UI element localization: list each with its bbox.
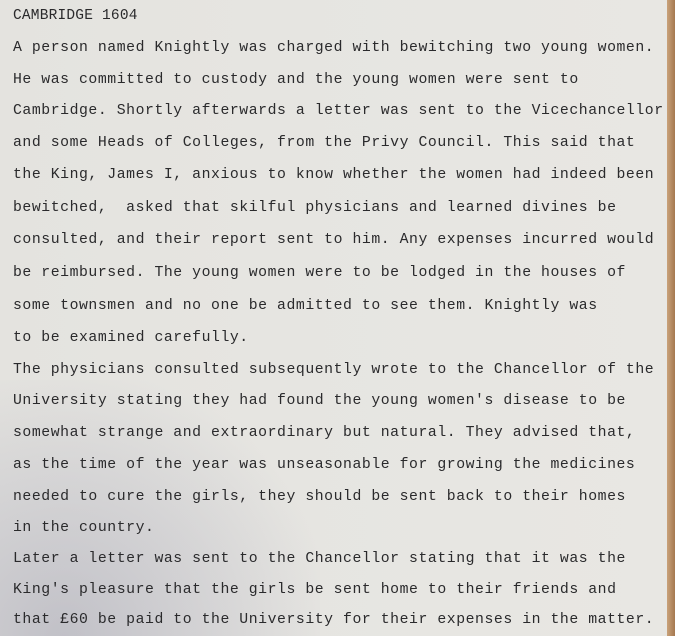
text-line: as the time of the year was unseasonable… <box>13 457 635 473</box>
text-line: The physicians consulted subsequently wr… <box>13 362 654 378</box>
text-line: the King, James I, anxious to know wheth… <box>13 167 654 183</box>
text-line: some townsmen and no one be admitted to … <box>13 298 598 314</box>
text-line: King's pleasure that the girls be sent h… <box>13 582 617 598</box>
text-line: and some Heads of Colleges, from the Pri… <box>13 135 635 151</box>
text-line: needed to cure the girls, they should be… <box>13 489 626 505</box>
text-line: somewhat strange and extraordinary but n… <box>13 425 635 441</box>
text-line: consulted, and their report sent to him.… <box>13 232 654 248</box>
text-line: Cambridge. Shortly afterwards a letter w… <box>13 103 664 119</box>
text-line: be reimbursed. The young women were to b… <box>13 265 626 281</box>
page-edge <box>667 0 675 636</box>
document-heading: CAMBRIDGE 1604 <box>13 8 138 24</box>
text-line: in the country. <box>13 520 154 536</box>
text-line: that £60 be paid to the University for t… <box>13 612 654 628</box>
text-line: Later a letter was sent to the Chancello… <box>13 551 626 567</box>
text-line: bewitched, asked that skilful physicians… <box>13 200 617 216</box>
text-line: to be examined carefully. <box>13 330 249 346</box>
text-line: A person named Knightly was charged with… <box>13 40 654 56</box>
text-line: He was committed to custody and the youn… <box>13 72 579 88</box>
text-line: University stating they had found the yo… <box>13 393 626 409</box>
